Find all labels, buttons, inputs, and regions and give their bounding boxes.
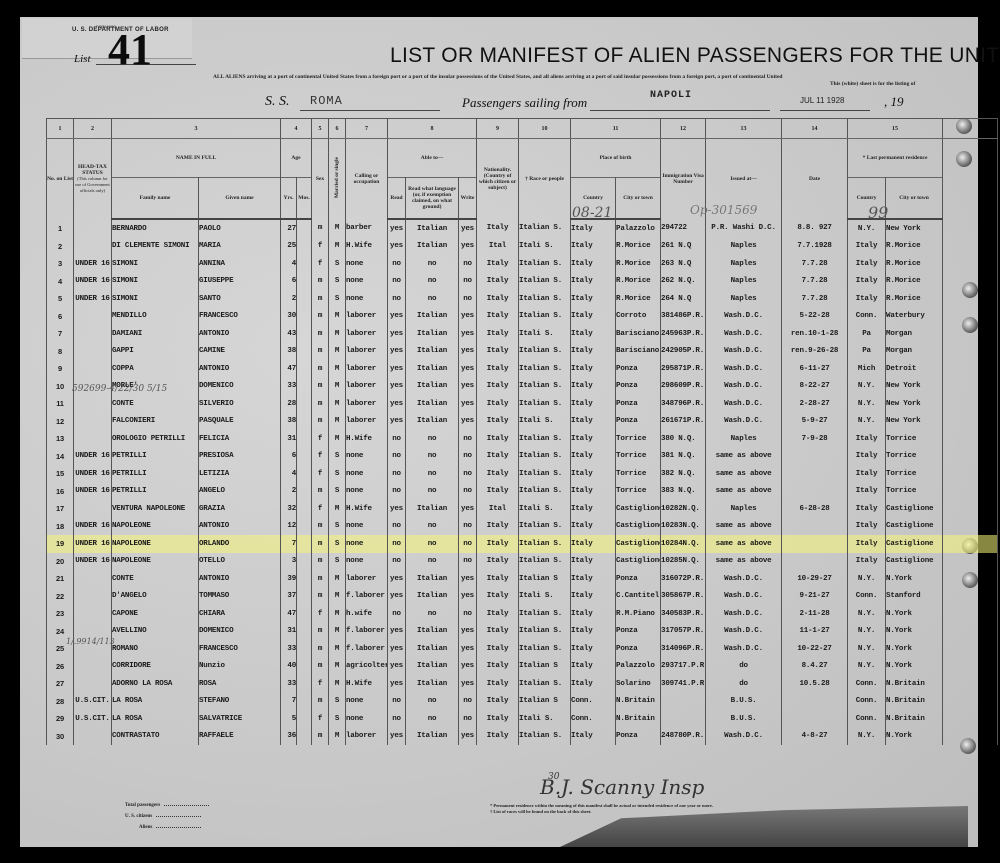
cell-sex: f [312, 430, 329, 448]
cell-mos [297, 570, 312, 588]
cell-lang: Italian [406, 623, 459, 641]
cell-tax [74, 675, 112, 693]
cell-sex: m [312, 640, 329, 658]
cell-bcountry: Italy [571, 500, 616, 518]
header-write: Write [459, 178, 477, 220]
cell-sex: m [312, 570, 329, 588]
cell-occ: none [346, 448, 388, 466]
cell-lang: Italian [406, 325, 459, 343]
cell-yrs: 47 [281, 605, 297, 623]
cell-no: 16 [47, 483, 74, 501]
cell-nat: Italy [477, 219, 519, 238]
cell-sex: m [312, 483, 329, 501]
cell-issued: same as above [706, 483, 782, 501]
cell-yrs: 6 [281, 273, 297, 291]
cell-lang: Italian [406, 413, 459, 431]
cell-issued: Wash.D.C. [706, 308, 782, 326]
table-row[interactable]: 12FALCONIERIPASQUALE38mMlaboreryesItalia… [47, 413, 998, 431]
header-family-name: Family name [112, 178, 199, 220]
cell-write: yes [459, 728, 477, 746]
cell-yrs: 37 [281, 588, 297, 606]
table-row[interactable]: 28U.S.CIT.LA ROSASTEFANO7mSnonenononoIta… [47, 693, 998, 711]
cell-occ: agricolter [346, 658, 388, 676]
cell-date [782, 693, 848, 711]
table-row[interactable]: 5UNDER 16SIMONISANTO2mSnonenononoItalyIt… [47, 290, 998, 308]
manifest-title: LIST OR MANIFEST OF ALIEN PASSENGERS FOR… [390, 44, 1000, 68]
cell-bcity: Barisciano [616, 325, 661, 343]
cell-read: yes [388, 238, 406, 256]
cell-mos [297, 605, 312, 623]
cell-issued: Wash.D.C. [706, 640, 782, 658]
cell-lang: no [406, 693, 459, 711]
header-able-to: Able to— [388, 139, 477, 178]
cell-rcountry: Conn. [848, 588, 886, 606]
cell-tax: UNDER 16 [74, 255, 112, 273]
departure-port: NAPOLI [650, 90, 692, 101]
table-row[interactable]: 13OROLOGIO PETRILLIFELICIA31fMH.Wifenono… [47, 430, 998, 448]
cell-date: 10-29-27 [782, 570, 848, 588]
cell-no: 23 [47, 605, 74, 623]
cell-race: Italian S [519, 693, 571, 711]
col-num: 9 [477, 119, 519, 139]
cell-check [943, 553, 998, 571]
cell-write: no [459, 553, 477, 571]
cell-bcity: R.Morice [616, 255, 661, 273]
cell-given: ANTONIO [199, 518, 281, 536]
table-row[interactable]: 25ROMANOFRANCESCO33mMf.laboreryesItalian… [47, 640, 998, 658]
cell-bcountry: Italy [571, 675, 616, 693]
cell-write: yes [459, 308, 477, 326]
sailing-label: Passengers sailing from [462, 95, 587, 111]
table-row[interactable]: 26CORRIDORENunzio40mMagricolteryesItalia… [47, 658, 998, 676]
cell-family: NAPOLEONE [112, 535, 199, 553]
cell-lang: Italian [406, 378, 459, 396]
table-row[interactable]: 18UNDER 16NAPOLEONEANTONIO12mSnonenonono… [47, 518, 998, 536]
handwritten-note: 99 [868, 203, 888, 222]
cell-yrs: 38 [281, 343, 297, 361]
cell-race: Itali S. [519, 413, 571, 431]
table-row[interactable]: 15UNDER 16PETRILLILETIZIA4fSnonenononoIt… [47, 465, 998, 483]
cell-occ: none [346, 273, 388, 291]
cell-issued: Wash.D.C. [706, 623, 782, 641]
cell-sex: m [312, 535, 329, 553]
cell-given: RAFFAELE [199, 728, 281, 746]
cell-write: no [459, 255, 477, 273]
cell-yrs: 31 [281, 623, 297, 641]
cell-given: DOMENICO [199, 623, 281, 641]
cell-family: D'ANGELO [112, 588, 199, 606]
cell-write: yes [459, 570, 477, 588]
cell-visa: 382 N.Q. [661, 465, 706, 483]
cell-check [943, 219, 998, 238]
year-label: , 19 [884, 94, 904, 110]
cell-bcity: Ponza [616, 395, 661, 413]
cell-bcountry: Italy [571, 518, 616, 536]
cell-ms: M [329, 658, 346, 676]
cell-no: 28 [47, 693, 74, 711]
cell-sex: m [312, 693, 329, 711]
cell-read: yes [388, 588, 406, 606]
cell-rcity: N.York [886, 728, 943, 746]
table-row[interactable]: 8GAPPICAMINE38mMlaboreryesItalianyesItal… [47, 343, 998, 361]
cell-sex: m [312, 219, 329, 238]
inspector-signature: B.J. Scanny Insp [540, 775, 704, 799]
cell-lang: Italian [406, 658, 459, 676]
cell-race: Itali S. [519, 238, 571, 256]
cell-bcity: Palazzolo [616, 658, 661, 676]
cell-family: ROMANO [112, 640, 199, 658]
table-row[interactable]: 29U.S.CIT.LA ROSASALVATRICE5fSnonenonono… [47, 710, 998, 728]
cell-tax [74, 605, 112, 623]
cell-visa: 245963P.R. [661, 325, 706, 343]
cell-bcountry: Italy [571, 343, 616, 361]
col-num: 8 [388, 119, 477, 139]
cell-check [943, 343, 998, 361]
cell-tax: UNDER 16 [74, 535, 112, 553]
cell-date: 9-21-27 [782, 588, 848, 606]
cell-rcountry: Conn. [848, 308, 886, 326]
cell-lang: Italian [406, 640, 459, 658]
header-mos: Mos. [297, 178, 312, 220]
cell-bcountry: Italy [571, 273, 616, 291]
cell-race: Italian S. [519, 605, 571, 623]
handwritten-note: 592699-4/22/30 5/15 [72, 384, 167, 394]
handwritten-note: Op-301569 [690, 203, 757, 217]
cell-yrs: 31 [281, 430, 297, 448]
cell-write: yes [459, 395, 477, 413]
cell-issued: Naples [706, 290, 782, 308]
cell-write: yes [459, 588, 477, 606]
cell-bcity: Ponza [616, 570, 661, 588]
table-row[interactable]: 21CONTEANTONIO39mMlaboreryesItalianyesIt… [47, 570, 998, 588]
table-row[interactable]: 10MORLE'DOMENICO33mMlaboreryesItalianyes… [47, 378, 998, 396]
cell-race: Italian S. [519, 273, 571, 291]
cell-occ: laborer [346, 360, 388, 378]
cell-no: 29 [47, 710, 74, 728]
cell-bcountry: Italy [571, 360, 616, 378]
table-row[interactable]: 20UNDER 16NAPOLEONEOTELLO3mSnonenononoIt… [47, 553, 998, 571]
table-row[interactable]: 6MENDILLOFRANCESCO30mMlaboreryesItaliany… [47, 308, 998, 326]
cell-write: no [459, 605, 477, 623]
cell-sex: m [312, 395, 329, 413]
cell-date: 10.5.28 [782, 675, 848, 693]
table-row[interactable]: 24AVELLINODOMENICO31mMf.laboreryesItalia… [47, 623, 998, 641]
table-row[interactable]: 17VENTURA NAPOLEONEGRAZIA32fMH.WifeyesIt… [47, 500, 998, 518]
cell-tax [74, 343, 112, 361]
cell-occ: f.laborer [346, 640, 388, 658]
cell-visa: 10283N.Q. [661, 518, 706, 536]
cell-read: yes [388, 413, 406, 431]
cell-occ: none [346, 465, 388, 483]
cell-tax [74, 570, 112, 588]
cell-occ: laborer [346, 378, 388, 396]
cell-sex: m [312, 360, 329, 378]
cell-read: yes [388, 570, 406, 588]
cell-tax [74, 430, 112, 448]
cell-date: 4-8-27 [782, 728, 848, 746]
cell-given: DOMENICO [199, 378, 281, 396]
cell-date: 6-11-27 [782, 360, 848, 378]
cell-given: ORLANDO [199, 535, 281, 553]
cell-mos [297, 675, 312, 693]
header-nationality: Nationality. (Country of which citizen o… [477, 139, 519, 220]
cell-check [943, 273, 998, 291]
cell-mos [297, 343, 312, 361]
cell-write: yes [459, 675, 477, 693]
cell-no: 19 [47, 535, 74, 553]
cell-race: Italian S. [519, 395, 571, 413]
cell-given: SILVERIO [199, 395, 281, 413]
cell-no: 1 [47, 219, 74, 238]
cell-visa: 381 N.Q. [661, 448, 706, 466]
cell-issued: B.U.S. [706, 693, 782, 711]
cell-yrs: 38 [281, 413, 297, 431]
cell-bcity: Torrice [616, 448, 661, 466]
cell-given: FRANCESCO [199, 308, 281, 326]
cell-visa: 261671P.R. [661, 413, 706, 431]
cell-ms: M [329, 219, 346, 238]
cell-lang: no [406, 518, 459, 536]
cell-rcity: R.Morice [886, 290, 943, 308]
cell-nat: Italy [477, 360, 519, 378]
cell-write: no [459, 465, 477, 483]
table-row[interactable]: 11CONTESILVERIO28mMlaboreryesItalianyesI… [47, 395, 998, 413]
cell-ms: M [329, 360, 346, 378]
header-read: Read [388, 178, 406, 220]
cell-lang: Italian [406, 588, 459, 606]
cell-rcity: Stanford [886, 588, 943, 606]
cell-occ: none [346, 535, 388, 553]
cell-family: ADORNO LA ROSA [112, 675, 199, 693]
cell-yrs: 4 [281, 255, 297, 273]
cell-visa: 305867P.R. [661, 588, 706, 606]
cell-yrs: 6 [281, 448, 297, 466]
col-num: 2 [74, 119, 112, 139]
cell-date [782, 535, 848, 553]
list-number: 41 [108, 30, 152, 70]
cell-visa: 264 N.Q [661, 290, 706, 308]
cell-given: PASQUALE [199, 413, 281, 431]
cell-tax: U.S.CIT. [74, 693, 112, 711]
cell-yrs: 32 [281, 500, 297, 518]
cell-bcity: Ponza [616, 378, 661, 396]
cell-family: DAMIANI [112, 325, 199, 343]
cell-bcity: Castiglione [616, 553, 661, 571]
cell-occ: laborer [346, 728, 388, 746]
cell-rcity: R.Morice [886, 238, 943, 256]
cell-check [943, 448, 998, 466]
cell-check [943, 535, 998, 553]
cell-tax [74, 500, 112, 518]
cell-nat: Italy [477, 290, 519, 308]
cell-race: Italian S. [519, 290, 571, 308]
table-row[interactable]: 16UNDER 16PETRILLIANGELO2mSnonenononoIta… [47, 483, 998, 501]
cell-bcity: Barisciano [616, 343, 661, 361]
cell-read: yes [388, 623, 406, 641]
total-passengers-label: Total passengers [125, 803, 160, 808]
cell-sex: f [312, 710, 329, 728]
cell-bcountry: Italy [571, 483, 616, 501]
cell-visa: 380 N.Q. [661, 430, 706, 448]
cell-mos [297, 219, 312, 238]
cell-yrs: 2 [281, 483, 297, 501]
table-row-highlighted[interactable]: 19UNDER 16NAPOLEONEORLANDO7mSnonenononoI… [47, 535, 998, 553]
cell-ms: S [329, 465, 346, 483]
ship-underline [300, 110, 440, 111]
cell-write: no [459, 483, 477, 501]
table-row[interactable]: 4UNDER 16SIMONIGIUSEPPE6mSnonenononoItal… [47, 273, 998, 291]
cell-no: 15 [47, 465, 74, 483]
cell-family: CORRIDORE [112, 658, 199, 676]
cell-tax: UNDER 16 [74, 290, 112, 308]
cell-issued: Wash.D.C. [706, 360, 782, 378]
cell-issued: same as above [706, 448, 782, 466]
cell-family: PETRILLI [112, 483, 199, 501]
cell-family: PETRILLI [112, 448, 199, 466]
cell-given: STEFANO [199, 693, 281, 711]
cell-ms: M [329, 308, 346, 326]
cell-write: yes [459, 623, 477, 641]
table-row[interactable]: 14UNDER 16PETRILLIPRESIOSA6fSnonenononoI… [47, 448, 998, 466]
head-tax-label: HEAD-TAX STATUS [74, 164, 111, 176]
cell-race: Italian S. [519, 623, 571, 641]
cell-issued: B.U.S. [706, 710, 782, 728]
handwritten-note: 1/.9914/113 [66, 637, 115, 646]
cell-lang: Italian [406, 343, 459, 361]
cell-ms: M [329, 325, 346, 343]
cell-rcountry: N.Y. [848, 413, 886, 431]
cell-lang: Italian [406, 238, 459, 256]
cell-read: no [388, 273, 406, 291]
header-birth-city: City or town [616, 178, 661, 220]
married-label: Married or single [334, 157, 340, 198]
cell-bcountry: Italy [571, 465, 616, 483]
cell-given: SALVATRICE [199, 710, 281, 728]
cell-write: yes [459, 219, 477, 238]
cell-rcountry: N.Y. [848, 728, 886, 746]
cell-mos [297, 483, 312, 501]
cell-lang: Italian [406, 360, 459, 378]
header-place-of-birth: Place of birth [571, 139, 661, 178]
cell-lang: no [406, 710, 459, 728]
cell-given: MARIA [199, 238, 281, 256]
cell-rcountry: Mich [848, 360, 886, 378]
cell-date: 8.4.27 [782, 658, 848, 676]
cell-family: OROLOGIO PETRILLI [112, 430, 199, 448]
cell-lang: Italian [406, 308, 459, 326]
col-num: 3 [112, 119, 281, 139]
cell-check [943, 378, 998, 396]
table-row[interactable]: 27ADORNO LA ROSAROSA33fMH.WifeyesItalian… [47, 675, 998, 693]
header-no-on-list: No. on List [47, 139, 74, 220]
table-row[interactable]: 2DI CLEMENTE SIMONIMARIA25fMH.WifeyesIta… [47, 238, 998, 256]
header-yrs: Yrs. [281, 178, 297, 220]
cell-race: Italian S. [519, 378, 571, 396]
cell-occ: none [346, 553, 388, 571]
cell-issued: P.R. Washi D.C. [706, 219, 782, 238]
cell-sex: f [312, 500, 329, 518]
cell-rcountry: Italy [848, 465, 886, 483]
cell-date: 8-22-27 [782, 378, 848, 396]
cell-given: TOMMASO [199, 588, 281, 606]
cell-date [782, 465, 848, 483]
cell-issued: Wash.D.C. [706, 395, 782, 413]
cell-occ: none [346, 290, 388, 308]
cell-rcity: Torrice [886, 448, 943, 466]
cell-bcity: Ponza [616, 413, 661, 431]
cell-mos [297, 378, 312, 396]
cell-tax: UNDER 16 [74, 273, 112, 291]
cell-read: yes [388, 395, 406, 413]
cell-rcountry: N.Y. [848, 623, 886, 641]
footnotes: * Permanent residence within the meaning… [490, 803, 713, 815]
table-row[interactable]: 1BERNARDOPAOLO27mMbarberyesItalianyesIta… [47, 219, 998, 238]
cell-visa: 262 N.Q. [661, 273, 706, 291]
cell-bcountry: Italy [571, 658, 616, 676]
cell-yrs: 40 [281, 658, 297, 676]
table-row[interactable]: 9COPPAANTONIO47mMlaboreryesItalianyesIta… [47, 360, 998, 378]
cell-mos [297, 710, 312, 728]
cell-rcity: R.Morice [886, 255, 943, 273]
cell-nat: Italy [477, 483, 519, 501]
cell-occ: H.Wife [346, 675, 388, 693]
cell-no: 27 [47, 675, 74, 693]
cell-mos [297, 465, 312, 483]
cell-bcity: Torrice [616, 483, 661, 501]
cell-given: SANTO [199, 290, 281, 308]
cell-write: no [459, 273, 477, 291]
cell-race: Itali S. [519, 500, 571, 518]
table-row[interactable]: 3UNDER 16SIMONIANNINA4fSnonenononoItalyI… [47, 255, 998, 273]
cell-given: FELICIA [199, 430, 281, 448]
cell-no: 3 [47, 255, 74, 273]
cell-lang: Italian [406, 728, 459, 746]
cell-nat: Italy [477, 728, 519, 746]
cell-bcountry: Italy [571, 623, 616, 641]
cell-sex: f [312, 465, 329, 483]
cell-rcountry: Pa [848, 343, 886, 361]
cell-family: LA ROSA [112, 693, 199, 711]
cell-no: 21 [47, 570, 74, 588]
cell-yrs: 3 [281, 553, 297, 571]
table-row[interactable]: 7DAMIANIANTONIO43mMlaboreryesItalianyesI… [47, 325, 998, 343]
cell-family: AVELLINO [112, 623, 199, 641]
cell-visa: 261 N.Q [661, 238, 706, 256]
cell-tax [74, 728, 112, 746]
cell-race: Italian S. [519, 675, 571, 693]
cell-sex: f [312, 675, 329, 693]
cell-family: NAPOLEONE [112, 553, 199, 571]
cell-ms: S [329, 273, 346, 291]
aliens-label: Aliens [139, 825, 152, 830]
table-row[interactable]: 23CAPONECHIARA47fMh.wifenononoItalyItali… [47, 605, 998, 623]
cell-rcountry: Conn. [848, 710, 886, 728]
cell-yrs: 5 [281, 710, 297, 728]
cell-bcity: Ponza [616, 640, 661, 658]
cell-date [782, 553, 848, 571]
column-number-row: 1 2 3 4 5 6 7 8 9 10 11 12 13 14 15 [47, 119, 998, 139]
cell-tax [74, 413, 112, 431]
table-row[interactable]: 30CONTRASTATORAFFAELE36mMlaboreryesItali… [47, 728, 998, 746]
cell-family: DI CLEMENTE SIMONI [112, 238, 199, 256]
cell-no: 5 [47, 290, 74, 308]
cell-nat: Italy [477, 623, 519, 641]
cell-race: Italian S. [519, 553, 571, 571]
cell-race: Italian S. [519, 640, 571, 658]
table-row[interactable]: 22D'ANGELOTOMMASO37mMf.laboreryesItalian… [47, 588, 998, 606]
cell-bcountry: Italy [571, 728, 616, 746]
cell-tax: UNDER 16 [74, 448, 112, 466]
